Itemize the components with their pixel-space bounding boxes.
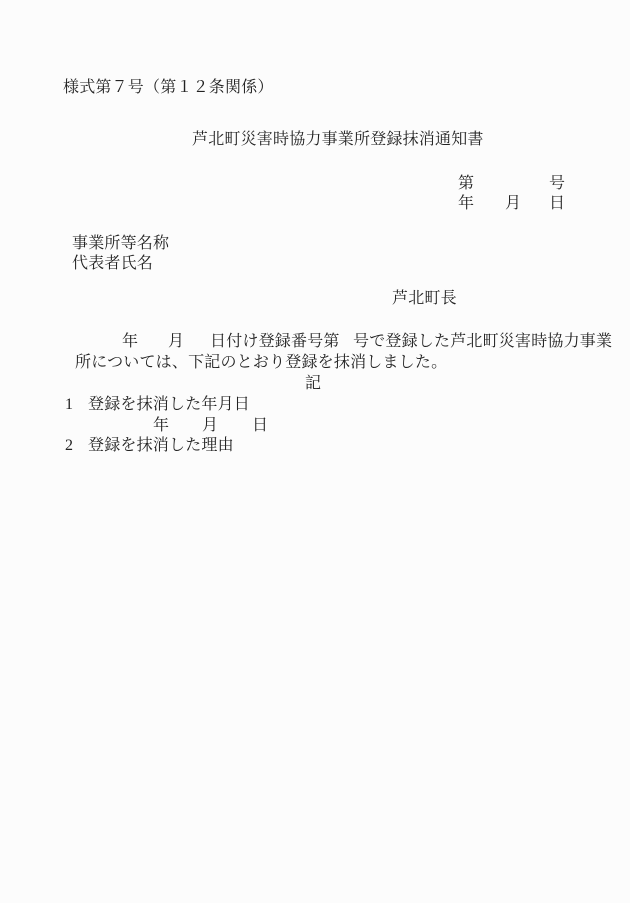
document-title: 芦北町災害時協力事業所登録抹消通知書 bbox=[192, 131, 484, 148]
business-name-label: 事業所等名称 bbox=[72, 235, 169, 252]
doc-number-prefix: 第 bbox=[458, 175, 474, 192]
item-1-label: 登録を抹消した年月日 bbox=[88, 396, 250, 413]
form-number: 様式第７号（第１２条関係） bbox=[63, 79, 274, 96]
issue-date-day-label: 日 bbox=[549, 195, 565, 212]
body-month-label: 月 bbox=[168, 333, 184, 350]
issue-date-year-label: 年 bbox=[458, 195, 474, 212]
doc-number-suffix: 号 bbox=[549, 175, 565, 192]
document-page: 様式第７号（第１２条関係） 芦北町災害時協力事業所登録抹消通知書 第 号 年 月… bbox=[0, 0, 630, 903]
representative-name-label: 代表者氏名 bbox=[72, 255, 153, 272]
body-registration-number-text: 日付け登録番号第 bbox=[210, 333, 340, 350]
item-1-number: 1 bbox=[65, 396, 73, 413]
item-1-year-label: 年 bbox=[153, 417, 169, 434]
issue-date-month-label: 月 bbox=[505, 195, 521, 212]
item-1-day-label: 日 bbox=[252, 417, 268, 434]
item-2-number: 2 bbox=[65, 437, 73, 454]
item-2-label: 登録を抹消した理由 bbox=[88, 437, 234, 454]
body-registered-text: 号で登録した芦北町災害時協力事業 bbox=[353, 333, 612, 350]
body-line-2: 所については、下記のとおり登録を抹消しました。 bbox=[75, 354, 447, 371]
item-1-month-label: 月 bbox=[202, 417, 218, 434]
sender-title: 芦北町長 bbox=[392, 290, 457, 307]
body-year-label: 年 bbox=[122, 333, 138, 350]
record-marker: 記 bbox=[305, 375, 321, 392]
